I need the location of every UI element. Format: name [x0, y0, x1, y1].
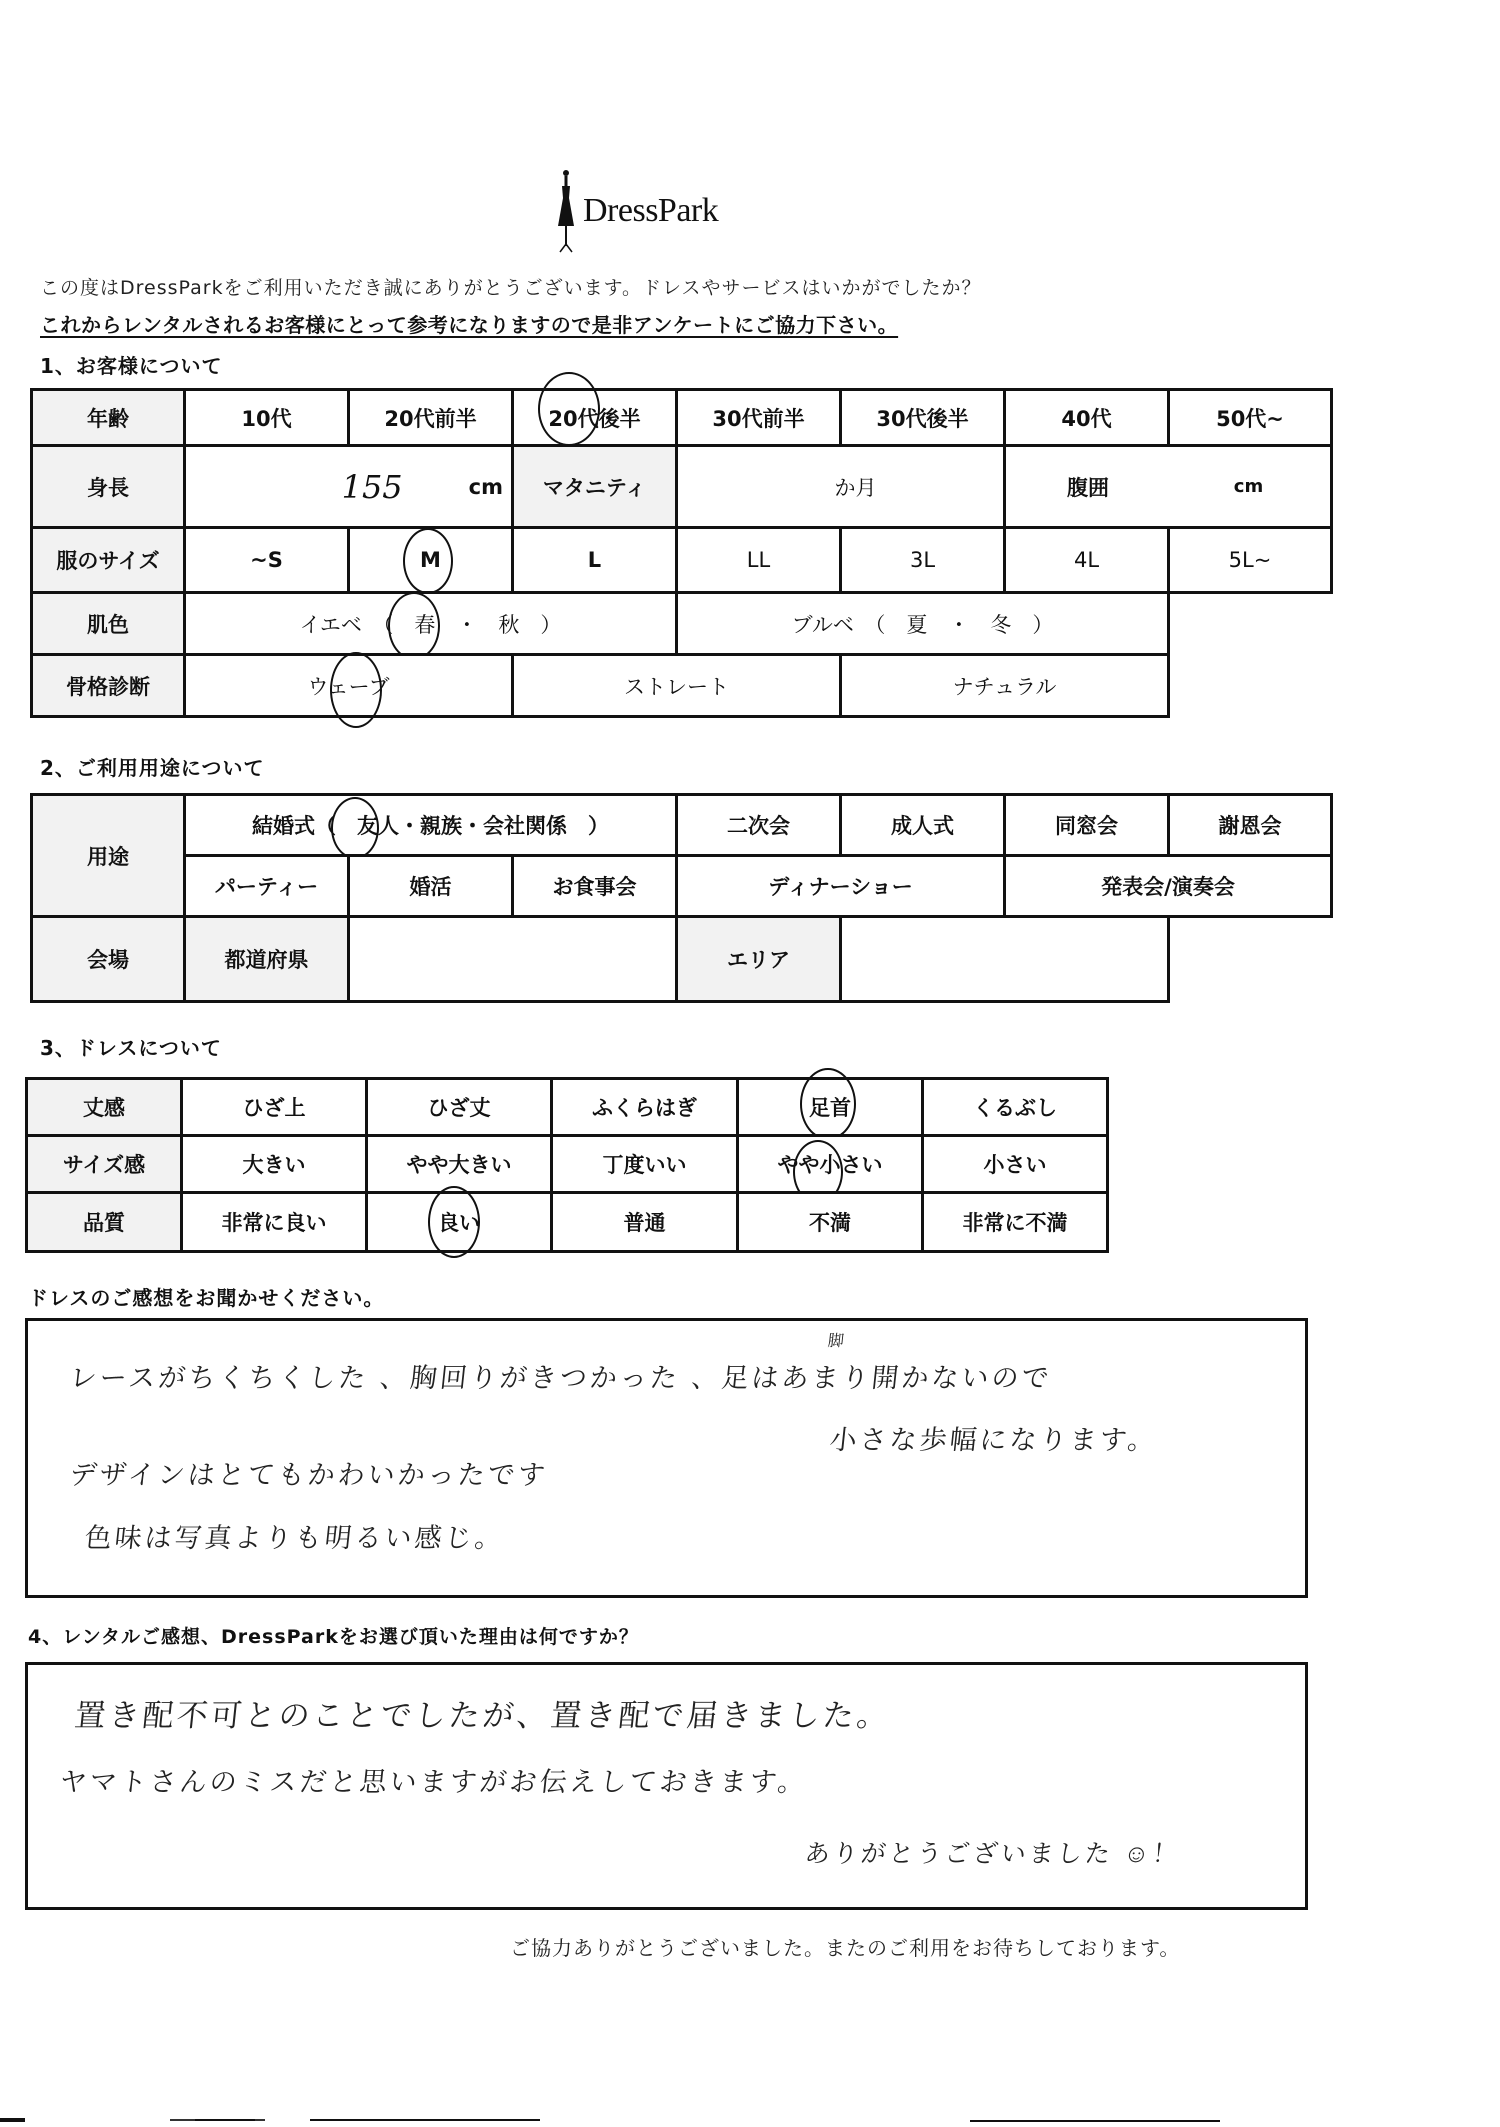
section4-title: 4、レンタルご感想、DressParkをお選び頂いた理由は何ですか？ — [28, 1622, 639, 1649]
footer-thanks: ご協力ありがとうございました。またのご利用をお待ちしております。 — [510, 1932, 1180, 1961]
length-option-above-knee[interactable]: ひざ上 — [180, 1077, 368, 1137]
venue-label: 会場 — [30, 915, 186, 1003]
length-option-knee[interactable]: ひざ丈 — [365, 1077, 553, 1137]
frame-option-wave[interactable]: ウェーブ — [183, 653, 514, 718]
size-option-4l[interactable]: 4L — [1003, 526, 1170, 594]
section2-title: 2、ご利用用途について — [40, 752, 265, 781]
quality-option-average[interactable]: 普通 — [550, 1191, 739, 1253]
answer-line-1: 置き配不可とのことでしたが、置き配で届きました。 — [73, 1690, 894, 1735]
length-option-ankle[interactable]: 足首 — [736, 1077, 924, 1137]
size-option-ll[interactable]: LL — [675, 526, 842, 594]
size-feel-option-small[interactable]: 小さい — [921, 1134, 1109, 1194]
answer-line-2: ヤマトさんのミスだと思いますがお伝えしておきます。 — [58, 1760, 810, 1799]
size-option-5l-plus[interactable]: 5L~ — [1167, 526, 1333, 594]
section3-title: 3、ドレスについて — [40, 1032, 222, 1061]
months-unit: か月 — [835, 472, 877, 502]
area-label: エリア — [675, 915, 842, 1003]
area-field[interactable] — [839, 915, 1170, 1003]
size-feel-option-slightly-large[interactable]: やや大きい — [365, 1134, 553, 1194]
maternity-label: マタニティ — [511, 444, 678, 529]
size-option-s[interactable]: ~S — [183, 526, 350, 594]
logo-text: DressPark — [583, 192, 718, 230]
height-field[interactable]: 155 cm — [183, 444, 514, 529]
purpose-option-wedding[interactable]: 結婚式（ 友人・親族・会社関係 ） — [183, 793, 678, 857]
purpose-option-reunion[interactable]: 同窓会 — [1003, 793, 1170, 857]
maternity-months-field[interactable]: か月 — [675, 444, 1006, 529]
dress-comment-prompt: ドレスのご感想をお聞かせください。 — [28, 1282, 384, 1311]
skin-label: 肌色 — [30, 591, 186, 656]
comment-annotation: 脚 — [827, 1328, 846, 1351]
purpose-option-recital[interactable]: 発表会/演奏会 — [1003, 854, 1333, 918]
prefecture-label: 都道府県 — [183, 915, 350, 1003]
purpose-option-dinner[interactable]: お食事会 — [511, 854, 678, 918]
dresspark-logo: DressPark — [555, 168, 718, 254]
size-feel-label: サイズ感 — [25, 1134, 183, 1194]
section1-title: 1、お客様について — [40, 350, 223, 379]
length-option-calf[interactable]: ふくらはぎ — [550, 1077, 739, 1137]
size-label: 服のサイズ — [30, 526, 186, 594]
length-option-malleolus[interactable]: くるぶし — [921, 1077, 1109, 1137]
size-feel-option-large[interactable]: 大きい — [180, 1134, 368, 1194]
height-value: 155 — [342, 468, 403, 506]
height-label: 身長 — [30, 444, 186, 529]
blue-base-option[interactable]: ブルベ （ 夏 ・ 冬 ） — [675, 591, 1170, 656]
purpose-label: 用途 — [30, 793, 186, 918]
size-option-3l[interactable]: 3L — [839, 526, 1006, 594]
size-feel-option-slightly-small[interactable]: やや小さい — [736, 1134, 924, 1194]
comment-line-3: デザインはとてもかわいかったです — [68, 1453, 550, 1492]
age-option-late-20s[interactable]: 20代後半 — [511, 388, 678, 447]
quality-label: 品質 — [25, 1191, 183, 1253]
age-option-early-20s[interactable]: 20代前半 — [347, 388, 514, 447]
purpose-option-coming-of-age[interactable]: 成人式 — [839, 793, 1006, 857]
age-label: 年齢 — [30, 388, 186, 447]
answer-line-3: ありがとうございました ☺！ — [803, 1834, 1182, 1870]
frame-option-natural[interactable]: ナチュラル — [839, 653, 1170, 718]
waist-label: 腹囲 — [1003, 444, 1170, 529]
purpose-option-konkatsu[interactable]: 婚活 — [347, 854, 514, 918]
waist-field[interactable]: cm — [1167, 444, 1333, 529]
quality-option-very-dissatisfied[interactable]: 非常に不満 — [921, 1191, 1109, 1253]
purpose-option-afterparty[interactable]: 二次会 — [675, 793, 842, 857]
frame-option-straight[interactable]: ストレート — [511, 653, 842, 718]
waist-unit: cm — [1234, 476, 1263, 497]
comment-line-4: 色味は写真よりも明るい感じ。 — [83, 1516, 507, 1555]
prefecture-field[interactable] — [347, 915, 678, 1003]
comment-line-2: 小さな歩幅になります。 — [828, 1418, 1160, 1457]
purpose-option-dinner-show[interactable]: ディナーショー — [675, 854, 1006, 918]
quality-option-dissatisfied[interactable]: 不満 — [736, 1191, 924, 1253]
purpose-option-party[interactable]: パーティー — [183, 854, 350, 918]
age-option-50s-plus[interactable]: 50代~ — [1167, 388, 1333, 447]
scan-edge — [0, 2118, 1500, 2121]
purpose-option-thank-you-party[interactable]: 謝恩会 — [1167, 793, 1333, 857]
size-option-m[interactable]: M — [347, 526, 514, 594]
dress-icon — [555, 168, 577, 254]
length-label: 丈感 — [25, 1077, 183, 1137]
age-option-10s[interactable]: 10代 — [183, 388, 350, 447]
age-option-40s[interactable]: 40代 — [1003, 388, 1170, 447]
request-text-content: これからレンタルされるお客様にとって参考になりますので是非アンケートにご協力下さ… — [40, 313, 898, 337]
age-option-early-30s[interactable]: 30代前半 — [675, 388, 842, 447]
yellow-base-option[interactable]: イエベ （ 春 ・ 秋 ） — [183, 591, 678, 656]
intro-text: この度はDressParkをご利用いただき誠にありがとうございます。ドレスやサー… — [40, 273, 982, 300]
request-text: これからレンタルされるお客様にとって参考になりますので是非アンケートにご協力下さ… — [40, 309, 898, 338]
size-option-l[interactable]: L — [511, 526, 678, 594]
frame-label: 骨格診断 — [30, 653, 186, 718]
quality-option-very-good[interactable]: 非常に良い — [180, 1191, 368, 1253]
quality-option-good[interactable]: 良い — [365, 1191, 553, 1253]
comment-line-1: レースがちくちくした 、胸回りがきつかった 、足はあまり開かないので — [68, 1356, 1054, 1395]
height-unit: cm — [469, 475, 503, 499]
size-feel-option-just-right[interactable]: 丁度いい — [550, 1134, 739, 1194]
age-option-late-30s[interactable]: 30代後半 — [839, 388, 1006, 447]
